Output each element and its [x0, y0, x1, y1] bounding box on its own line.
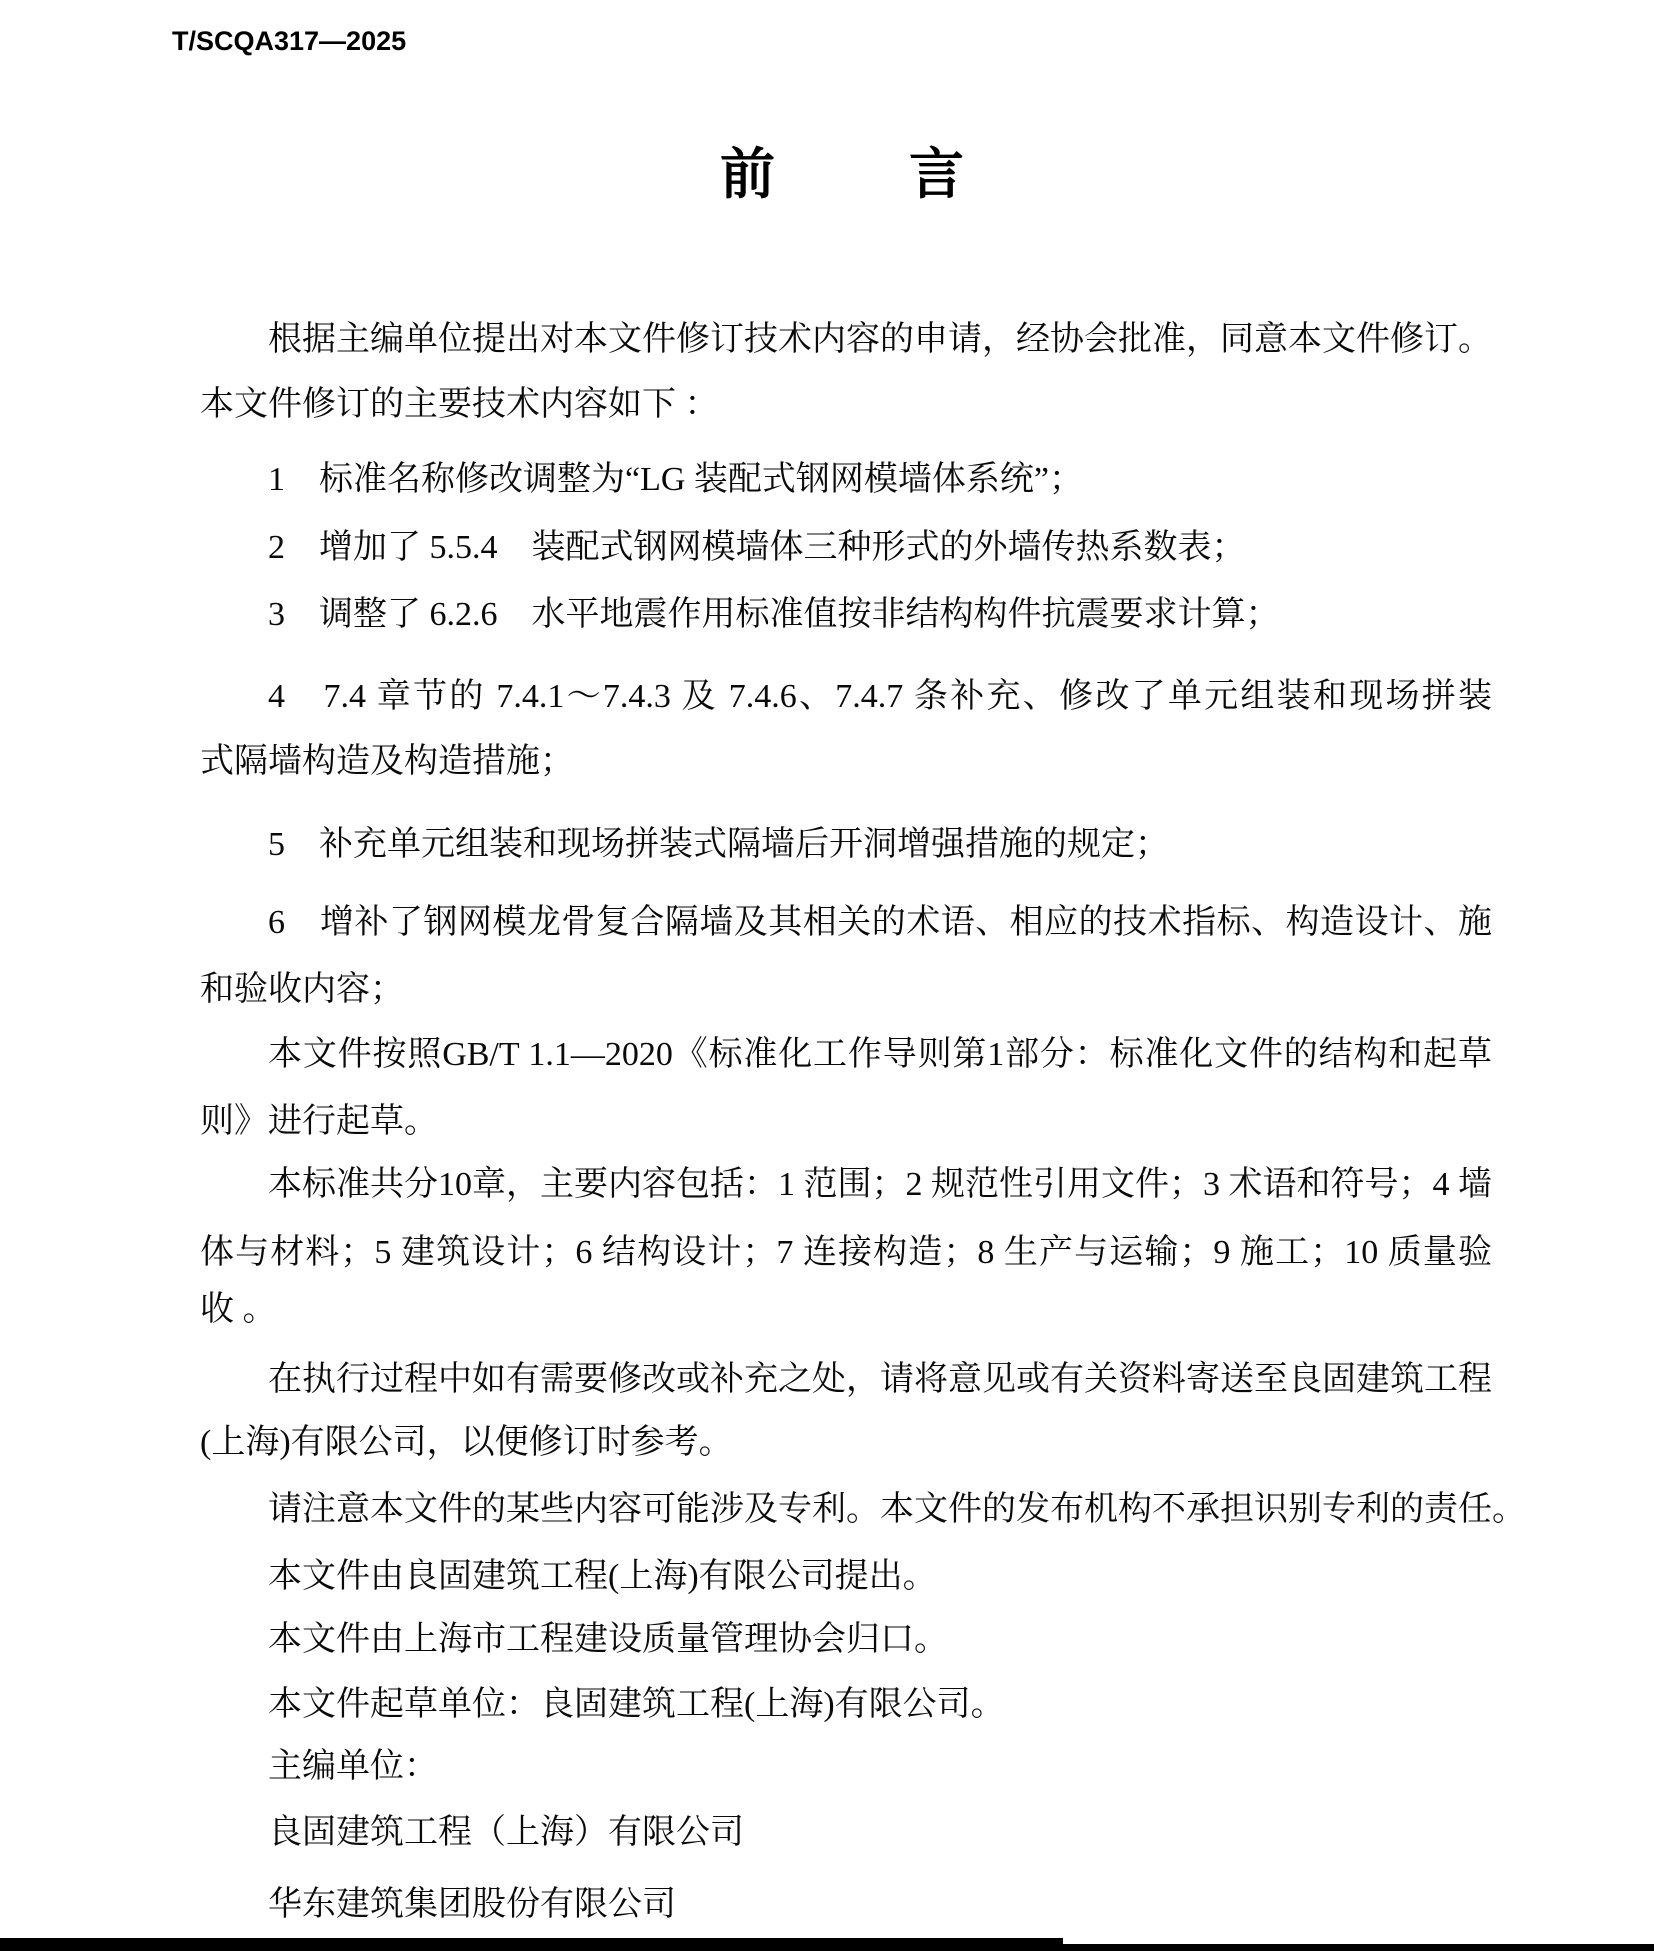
text-line: 收 。: [200, 1288, 1492, 1334]
text-line: 和验收内容；: [200, 968, 1492, 1014]
text-line: 式隔墙构造及构造措施；: [200, 740, 1492, 786]
text-line: 体与材料；5 建筑设计；6 结构设计；7 连接构造；8 生产与运输；9 施工；1…: [200, 1231, 1492, 1277]
text-line: 1 标准名称修改调整为“LG 装配式钢网模墙体系统”；: [200, 458, 1492, 504]
text-line: 根据主编单位提出对本文件修订技术内容的申请，经协会批准，同意本文件修订。: [200, 318, 1492, 364]
text-line: 则》进行起草。: [200, 1100, 1492, 1146]
text-line: 本文件按照GB/T 1.1—2020《标准化工作导则第1部分：标准化文件的结构和…: [200, 1033, 1492, 1079]
text-line: 6 增补了钢网模龙骨复合隔墙及其相关的术语、相应的技术指标、构造设计、施工: [200, 901, 1492, 947]
page-title: 前 言: [200, 130, 1492, 209]
text-line: 本文件修订的主要技术内容如下 ：: [200, 383, 1492, 429]
standard-code: T/SCQA317—2025: [172, 26, 406, 57]
text-line: 请注意本文件的某些内容可能涉及专利。本文件的发布机构不承担识别专利的责任。: [200, 1488, 1492, 1534]
text-line: 2 增加了 5.5.4 装配式钢网模墙体三种形式的外墙传热系数表；: [200, 526, 1492, 572]
text-line: 4 7.4 章节的 7.4.1～7.4.3 及 7.4.6、7.4.7 条补充、…: [200, 675, 1492, 721]
text-line: 本文件由良固建筑工程(上海)有限公司提出。: [200, 1555, 1492, 1601]
text-line: 3 调整了 6.2.6 水平地震作用标准值按非结构构件抗震要求计算；: [200, 593, 1492, 639]
text-line: 本标准共分10章，主要内容包括：1 范围；2 规范性引用文件；3 术语和符号；4…: [200, 1163, 1492, 1209]
text-line: 良固建筑工程（上海）有限公司: [200, 1811, 1492, 1857]
text-line: 本文件由上海市工程建设质量管理协会归口。: [200, 1618, 1492, 1664]
text-line: 本文件起草单位：良固建筑工程(上海)有限公司。: [200, 1683, 1492, 1729]
text-line: 5 补充单元组装和现场拼装式隔墙后开洞增强措施的规定；: [200, 823, 1492, 869]
text-line: 华东建筑集团股份有限公司: [200, 1883, 1492, 1929]
page-edge-artifact: [1063, 1944, 1654, 1951]
document-page: T/SCQA317—2025 前 言 根据主编单位提出对本文件修订技术内容的申请…: [0, 0, 1654, 1951]
text-line: 在执行过程中如有需要修改或补充之处，请将意见或有关资料寄送至良固建筑工程: [200, 1358, 1492, 1404]
page-edge-artifact: [0, 1938, 1063, 1951]
text-line: (上海)有限公司，以便修订时参考。: [200, 1421, 1492, 1467]
text-line: 主编单位：: [200, 1745, 1492, 1791]
